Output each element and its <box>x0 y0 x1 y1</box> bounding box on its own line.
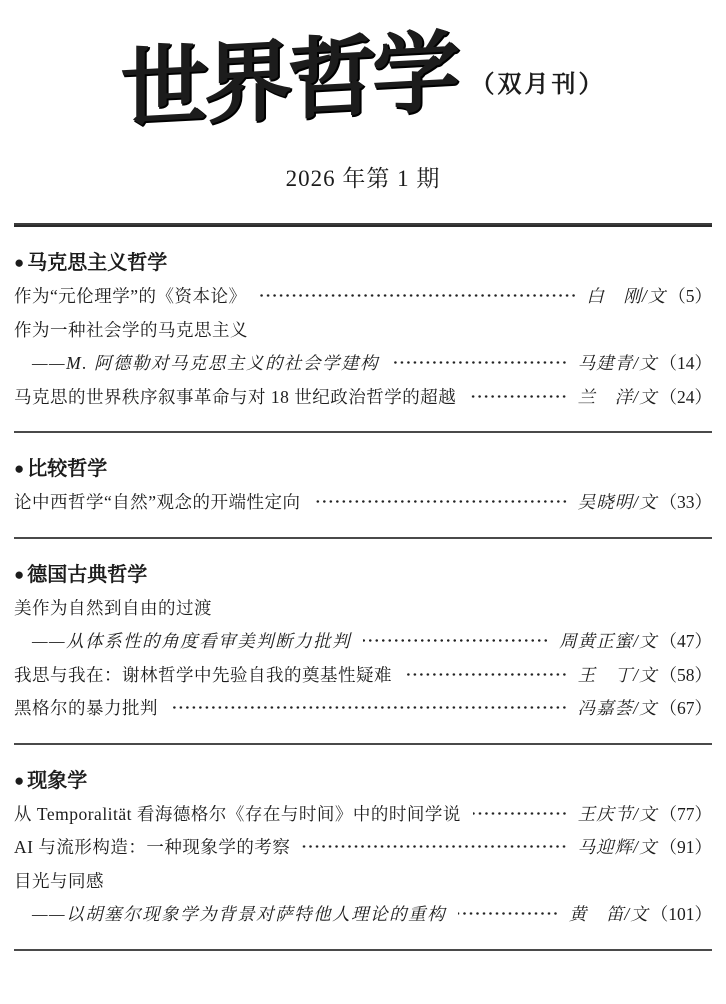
entry-title: 目光与同感 <box>14 868 104 893</box>
toc-entry-row: AI 与流形构造：一种现象学的考察 马迎辉/文 （91） <box>14 830 712 864</box>
section-entries: 论中西哲学“自然”观念的开端性定向 吴晓明/文 （33） <box>14 481 712 519</box>
toc-entry-row: 目光与同感 <box>14 864 712 898</box>
entry-author: 马建青/文 <box>578 350 658 375</box>
dot-leader <box>302 844 567 849</box>
section-separator-rule <box>14 949 712 951</box>
table-of-contents: ● 马克思主义哲学 作为“元伦理学”的《资本论》 白 刚/文 （5） 作为一种社… <box>14 227 712 951</box>
entry-author: 王 丁/文 <box>578 662 658 687</box>
toc-entry-row: 论中西哲学“自然”观念的开端性定向 吴晓明/文 （33） <box>14 485 712 519</box>
entry-page-number: （58） <box>660 662 713 687</box>
entry-title: 美作为自然到自由的过渡 <box>14 595 212 620</box>
section-title: 现象学 <box>27 769 87 793</box>
entry-author: 冯嘉荟/文 <box>578 695 658 720</box>
section-header: ● 比较哲学 <box>14 457 712 481</box>
entry-page-number: （77） <box>660 801 713 826</box>
journal-subtitle-bimonthly: （双月刊） <box>471 64 606 99</box>
section-header: ● 马克思主义哲学 <box>14 251 712 275</box>
toc-entry-row: 作为“元伦理学”的《资本论》 白 刚/文 （5） <box>14 279 712 313</box>
bullet-icon: ● <box>14 457 24 481</box>
entry-title: 我思与我在：谢林哲学中先验自我的奠基性疑难 <box>14 662 392 687</box>
entry-title: 作为一种社会学的马克思主义 <box>14 317 248 342</box>
bullet-icon: ● <box>14 251 24 275</box>
section-entries: 美作为自然到自由的过渡 ——从体系性的角度看审美判断力批判 周黄正蜜/文 （47… <box>14 587 712 725</box>
toc-entry-row: 黑格尔的暴力批判 冯嘉荟/文 （67） <box>14 691 712 725</box>
toc-entry-row: 美作为自然到自由的过渡 <box>14 591 712 625</box>
issue-line: 2026 年第 1 期 <box>14 163 712 195</box>
toc-entry-row: 作为一种社会学的马克思主义 <box>14 313 712 347</box>
entry-title: ——以胡塞尔现象学为背景对萨特他人理论的重构 <box>14 901 446 926</box>
toc-section: ● 现象学 从 Temporalität 看海德格尔《存在与时间》中的时间学说 … <box>14 745 712 949</box>
bullet-icon: ● <box>14 769 24 793</box>
dot-leader <box>391 360 568 365</box>
toc-section: ● 比较哲学 论中西哲学“自然”观念的开端性定向 吴晓明/文 （33） <box>14 433 712 537</box>
masthead: 世界哲学 （双月刊） <box>14 30 712 135</box>
section-title: 比较哲学 <box>27 457 107 481</box>
section-header: ● 德国古典哲学 <box>14 563 712 587</box>
toc-entry-row: ——从体系性的角度看审美判断力批判 周黄正蜜/文 （47） <box>14 624 712 658</box>
entry-page-number: （33） <box>660 489 713 514</box>
entry-author: 兰 洋/文 <box>578 384 658 409</box>
dot-leader <box>259 293 577 298</box>
entry-author: 黄 笛/文 <box>569 901 649 926</box>
section-header: ● 现象学 <box>14 769 712 793</box>
toc-entry-row: 马克思的世界秩序叙事革命与对 18 世纪政治哲学的超越 兰 洋/文 （24） <box>14 380 712 414</box>
entry-author: 白 刚/文 <box>586 283 666 308</box>
bullet-icon: ● <box>14 563 24 587</box>
toc-section: ● 马克思主义哲学 作为“元伦理学”的《资本论》 白 刚/文 （5） 作为一种社… <box>14 227 712 431</box>
section-title: 德国古典哲学 <box>27 563 147 587</box>
dot-leader <box>313 499 568 504</box>
dot-leader <box>468 394 567 399</box>
dot-leader <box>363 638 549 643</box>
entry-page-number: （67） <box>660 695 713 720</box>
dot-leader <box>404 672 568 677</box>
toc-entry-row: ——以胡塞尔现象学为背景对萨特他人理论的重构 黄 笛/文 （101） <box>14 897 712 931</box>
entry-author: 马迎辉/文 <box>578 834 658 859</box>
toc-entry-row: ——M. 阿德勒对马克思主义的社会学建构 马建青/文 （14） <box>14 346 712 380</box>
entry-page-number: （101） <box>651 901 712 926</box>
dot-leader <box>473 811 568 816</box>
entry-title: ——从体系性的角度看审美判断力批判 <box>14 628 351 653</box>
entry-title: 论中西哲学“自然”观念的开端性定向 <box>14 489 301 514</box>
entry-author: 吴晓明/文 <box>578 489 658 514</box>
entry-title: 作为“元伦理学”的《资本论》 <box>14 283 247 308</box>
entry-author: 周黄正蜜/文 <box>559 628 657 653</box>
entry-page-number: （47） <box>660 628 713 653</box>
entry-page-number: （91） <box>660 834 713 859</box>
entry-title: 马克思的世界秩序叙事革命与对 18 世纪政治哲学的超越 <box>14 384 456 409</box>
entry-author: 王庆节/文 <box>578 801 658 826</box>
toc-section: ● 德国古典哲学 美作为自然到自由的过渡 ——从体系性的角度看审美判断力批判 周… <box>14 539 712 743</box>
entry-title: AI 与流形构造：一种现象学的考察 <box>14 834 290 859</box>
section-entries: 从 Temporalität 看海德格尔《存在与时间》中的时间学说 王庆节/文 … <box>14 793 712 931</box>
dot-leader <box>170 705 568 710</box>
entry-title: 从 Temporalität 看海德格尔《存在与时间》中的时间学说 <box>14 801 461 826</box>
entry-title: ——M. 阿德勒对马克思主义的社会学建构 <box>14 350 379 375</box>
journal-toc-page: 世界哲学 （双月刊） 2026 年第 1 期 ● 马克思主义哲学 作为“元伦理学… <box>0 0 726 1004</box>
dot-leader <box>458 911 559 916</box>
toc-entry-row: 从 Temporalität 看海德格尔《存在与时间》中的时间学说 王庆节/文 … <box>14 797 712 831</box>
entry-page-number: （14） <box>660 350 713 375</box>
entry-title: 黑格尔的暴力批判 <box>14 695 158 720</box>
journal-title-calligraphy: 世界哲学 <box>121 21 457 139</box>
entry-page-number: （24） <box>660 384 713 409</box>
toc-entry-row: 我思与我在：谢林哲学中先验自我的奠基性疑难 王 丁/文 （58） <box>14 658 712 692</box>
section-title: 马克思主义哲学 <box>27 251 167 275</box>
entry-page-number: （5） <box>668 283 712 308</box>
section-entries: 作为“元伦理学”的《资本论》 白 刚/文 （5） 作为一种社会学的马克思主义 —… <box>14 275 712 413</box>
